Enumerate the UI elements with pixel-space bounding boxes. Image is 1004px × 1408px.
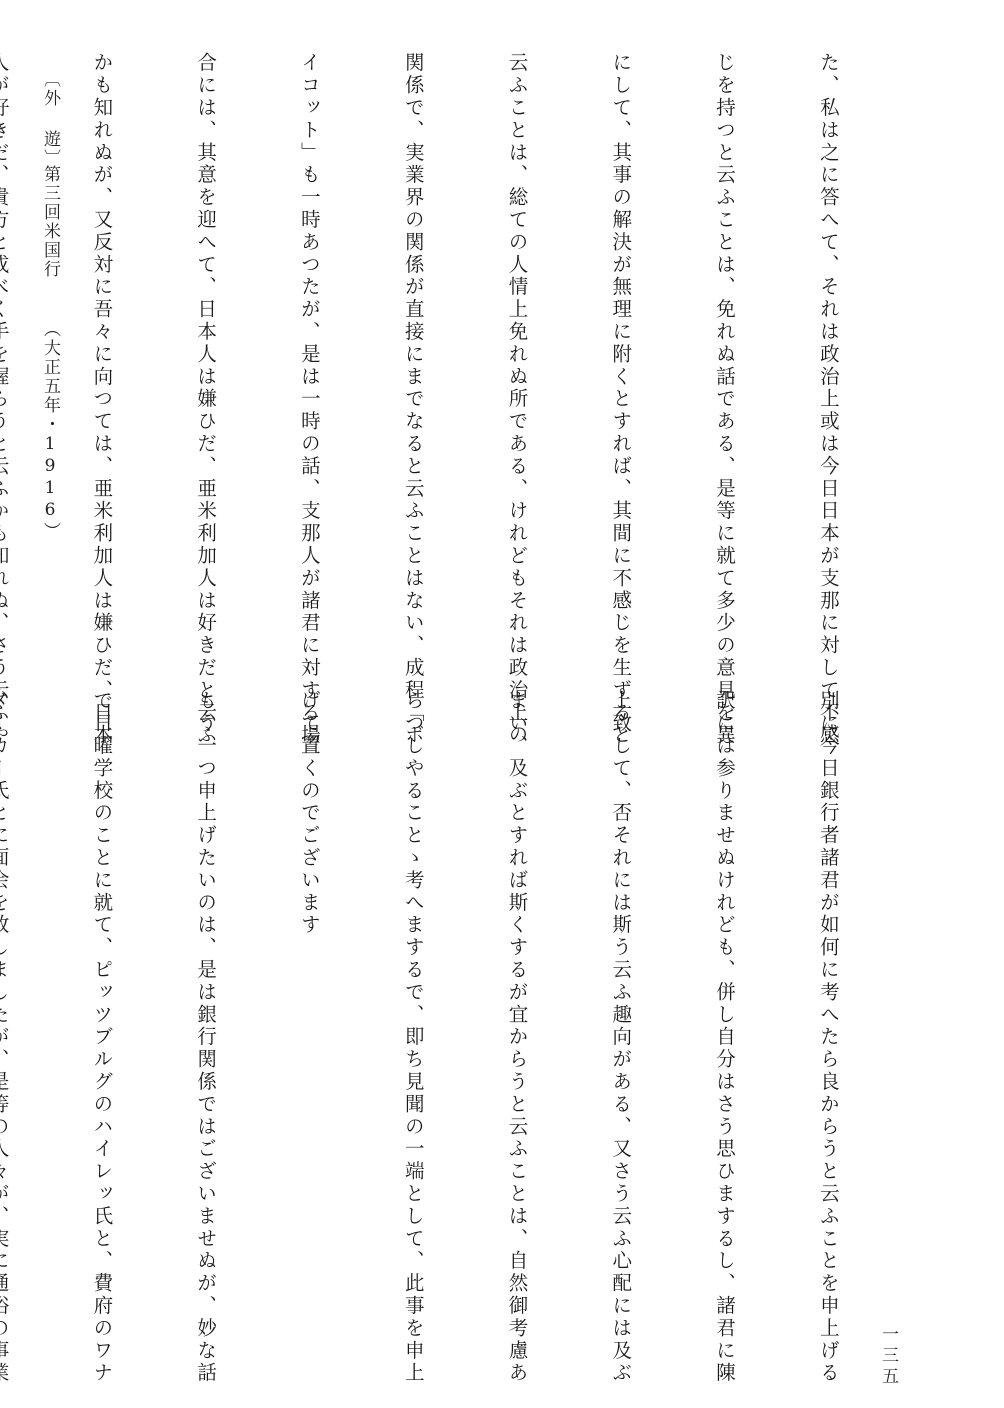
text-column: 別に今日銀行者諸君が如何に考へたら良からうと云ふことを申上げる <box>810 690 845 1310</box>
text-column: イコット」も一時あつたが、是は一時の話、支那人が諸君に対する場 <box>291 52 326 672</box>
text-column: まい、及ぶとすれば斯くするが宜からうと云ふことは、自然御考慮あ <box>499 690 534 1310</box>
text-column: メーカー氏とに面会を致しましたが、是等の人々が、実に通俗の事業 <box>0 690 15 1310</box>
lower-text-block: 別に今日銀行者諸君が如何に考へたら良からうと云ふことを申上げる 訳には参りませぬ… <box>0 690 914 1310</box>
text-column: じを持つと云ふことは、免れぬ話である、是等に就て多少の意見を異 <box>706 52 741 672</box>
upper-text-block: た、私は之に答へて、それは政治上或は今日日本が支那に対して不感 じを持つと云ふこ… <box>0 52 914 672</box>
page-number: 一三五 <box>876 1325 901 1388</box>
text-column: らつしやることゝ考へまするで、即ち見聞の一端として、此事を申上 <box>395 690 430 1310</box>
text-column: げて置くのでございます <box>291 690 326 1310</box>
running-header-year: （大正五年・1916） <box>38 320 63 541</box>
text-column: た、私は之に答へて、それは政治上或は今日日本が支那に対して不感 <box>810 52 845 672</box>
text-column: 関係で、実業界の関係が直接にまでなると云ふことはない、成程「ボ <box>395 52 430 672</box>
text-column: 訳には参りませぬけれども、併し自分はさう思ひまするし、諸君に陳 <box>706 690 741 1310</box>
text-column: 人が好きだ、貴方と成べく手を握らうと云ふかも知れぬ、さう云ふや <box>0 52 15 672</box>
text-column: 合には、其意を迎へて、日本人は嫌ひだ、亜米利加人は好きだと云ふ <box>188 52 223 672</box>
text-column: 云ふことは、総ての人情上免れぬ所である、けれどもそれは政治上の <box>499 52 534 672</box>
text-column: で日曜学校のことに就て、ピッツブルグのハイレッ氏と、費府のワナ <box>84 690 119 1310</box>
text-column: かも知れぬが、又反対に吾々に向つては、亜米利加人は嫌ひだ、日本 <box>84 52 119 672</box>
text-column: 上致して、否それには斯う云ふ趣向がある、又さう云ふ心配には及ぶ <box>603 690 638 1310</box>
running-header-section: 〔外 遊〕 <box>38 70 63 168</box>
running-header-title: 第三回米国行 <box>38 165 63 279</box>
text-column: にして、其事の解決が無理に附くとすれば、其間に不感じを生ずると <box>603 52 638 672</box>
text-column: もう一つ申上げたいのは、是は銀行関係ではございませぬが、妙な話 <box>188 690 223 1310</box>
